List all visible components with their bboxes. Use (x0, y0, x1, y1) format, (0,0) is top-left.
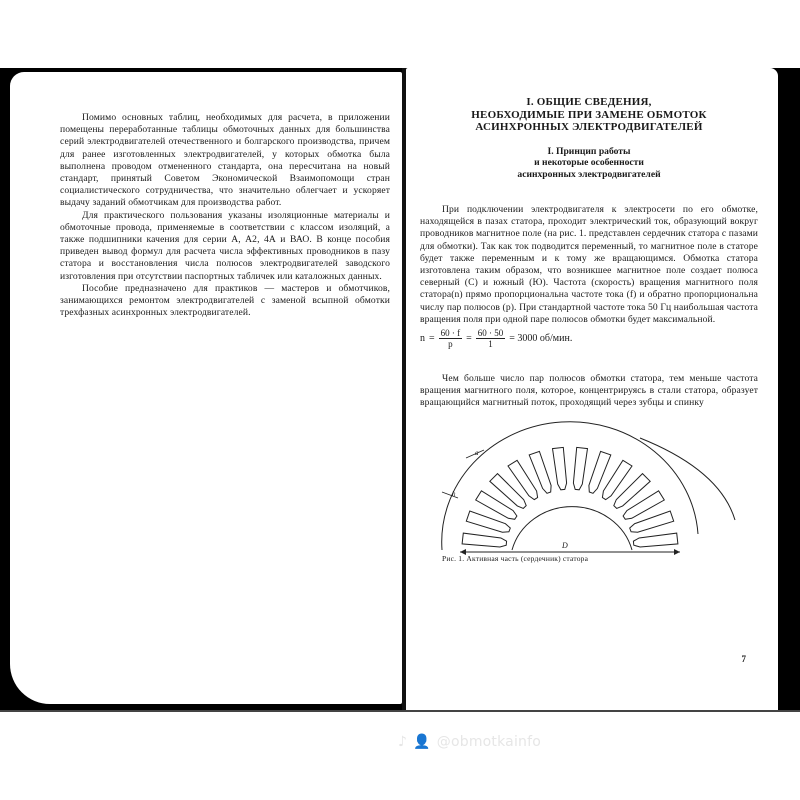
fraction-denominator: p (448, 339, 453, 349)
chapter-title-line: АСИНХРОННЫХ ЭЛЕКТРОДВИГАТЕЛЕЙ (420, 121, 758, 134)
fraction-numerator: 60 · 50 (476, 328, 506, 339)
tiktok-icon: ♪ (398, 734, 407, 750)
fraction: 60 · f p (439, 328, 463, 349)
page-number: 7 (742, 654, 747, 664)
chapter-title-line: НЕОБХОДИМЫЕ ПРИ ЗАМЕНЕ ОБМОТОК (420, 109, 758, 122)
formula-lhs: n (420, 333, 425, 344)
left-page: Помимо основных таблиц, необходимых для … (10, 72, 402, 704)
right-page-text-2: Чем больше число пар полюсов обмотки ста… (420, 373, 758, 410)
book-scan: Помимо основных таблиц, необходимых для … (0, 68, 800, 712)
section-title-line: и некоторые особенности (420, 157, 758, 169)
stator-figure: Dha Рис. 1. Активная часть (сердечник) с… (420, 418, 758, 568)
user-icon: 👤 (413, 734, 431, 750)
formula-equals: = (429, 333, 435, 344)
section-title-line: асинхронных электродвигателей (420, 169, 758, 181)
section-title: I. Принцип работы и некоторые особенност… (420, 146, 758, 181)
watermark: ♪ 👤 @obmotkainfo (398, 734, 541, 750)
fraction-numerator: 60 · f (439, 328, 463, 339)
paragraph: Чем больше число пар полюсов обмотки ста… (420, 373, 758, 410)
figure-caption: Рис. 1. Активная часть (сердечник) стато… (442, 554, 588, 563)
formula-result: = 3000 об/мин. (509, 333, 572, 344)
fraction: 60 · 50 1 (476, 328, 506, 349)
chapter-title-line: I. ОБЩИЕ СВЕДЕНИЯ, (420, 96, 758, 109)
formula-equals: = (466, 333, 472, 344)
rotation-speed-formula: n = 60 · f p = 60 · 50 1 = 3000 об/мин. (420, 328, 758, 349)
chapter-title: I. ОБЩИЕ СВЕДЕНИЯ, НЕОБХОДИМЫЕ ПРИ ЗАМЕН… (420, 96, 758, 134)
right-page-text: При подключении электродвигателя к элект… (420, 204, 758, 326)
left-page-text: Помимо основных таблиц, необходимых для … (60, 112, 390, 319)
paragraph: Помимо основных таблиц, необходимых для … (60, 112, 390, 210)
right-page: I. ОБЩИЕ СВЕДЕНИЯ, НЕОБХОДИМЫЕ ПРИ ЗАМЕН… (406, 68, 778, 712)
watermark-handle: @obmotkainfo (437, 734, 541, 750)
svg-text:D: D (561, 541, 568, 550)
section-title-line: I. Принцип работы (420, 146, 758, 158)
stator-core-diagram: Dha (420, 418, 758, 558)
paragraph: При подключении электродвигателя к элект… (420, 204, 758, 326)
paragraph: Пособие предназначено для практиков — ма… (60, 283, 390, 320)
fraction-denominator: 1 (488, 339, 493, 349)
scan-bottom-edge (0, 710, 800, 712)
paragraph: Для практического пользования указаны из… (60, 210, 390, 283)
